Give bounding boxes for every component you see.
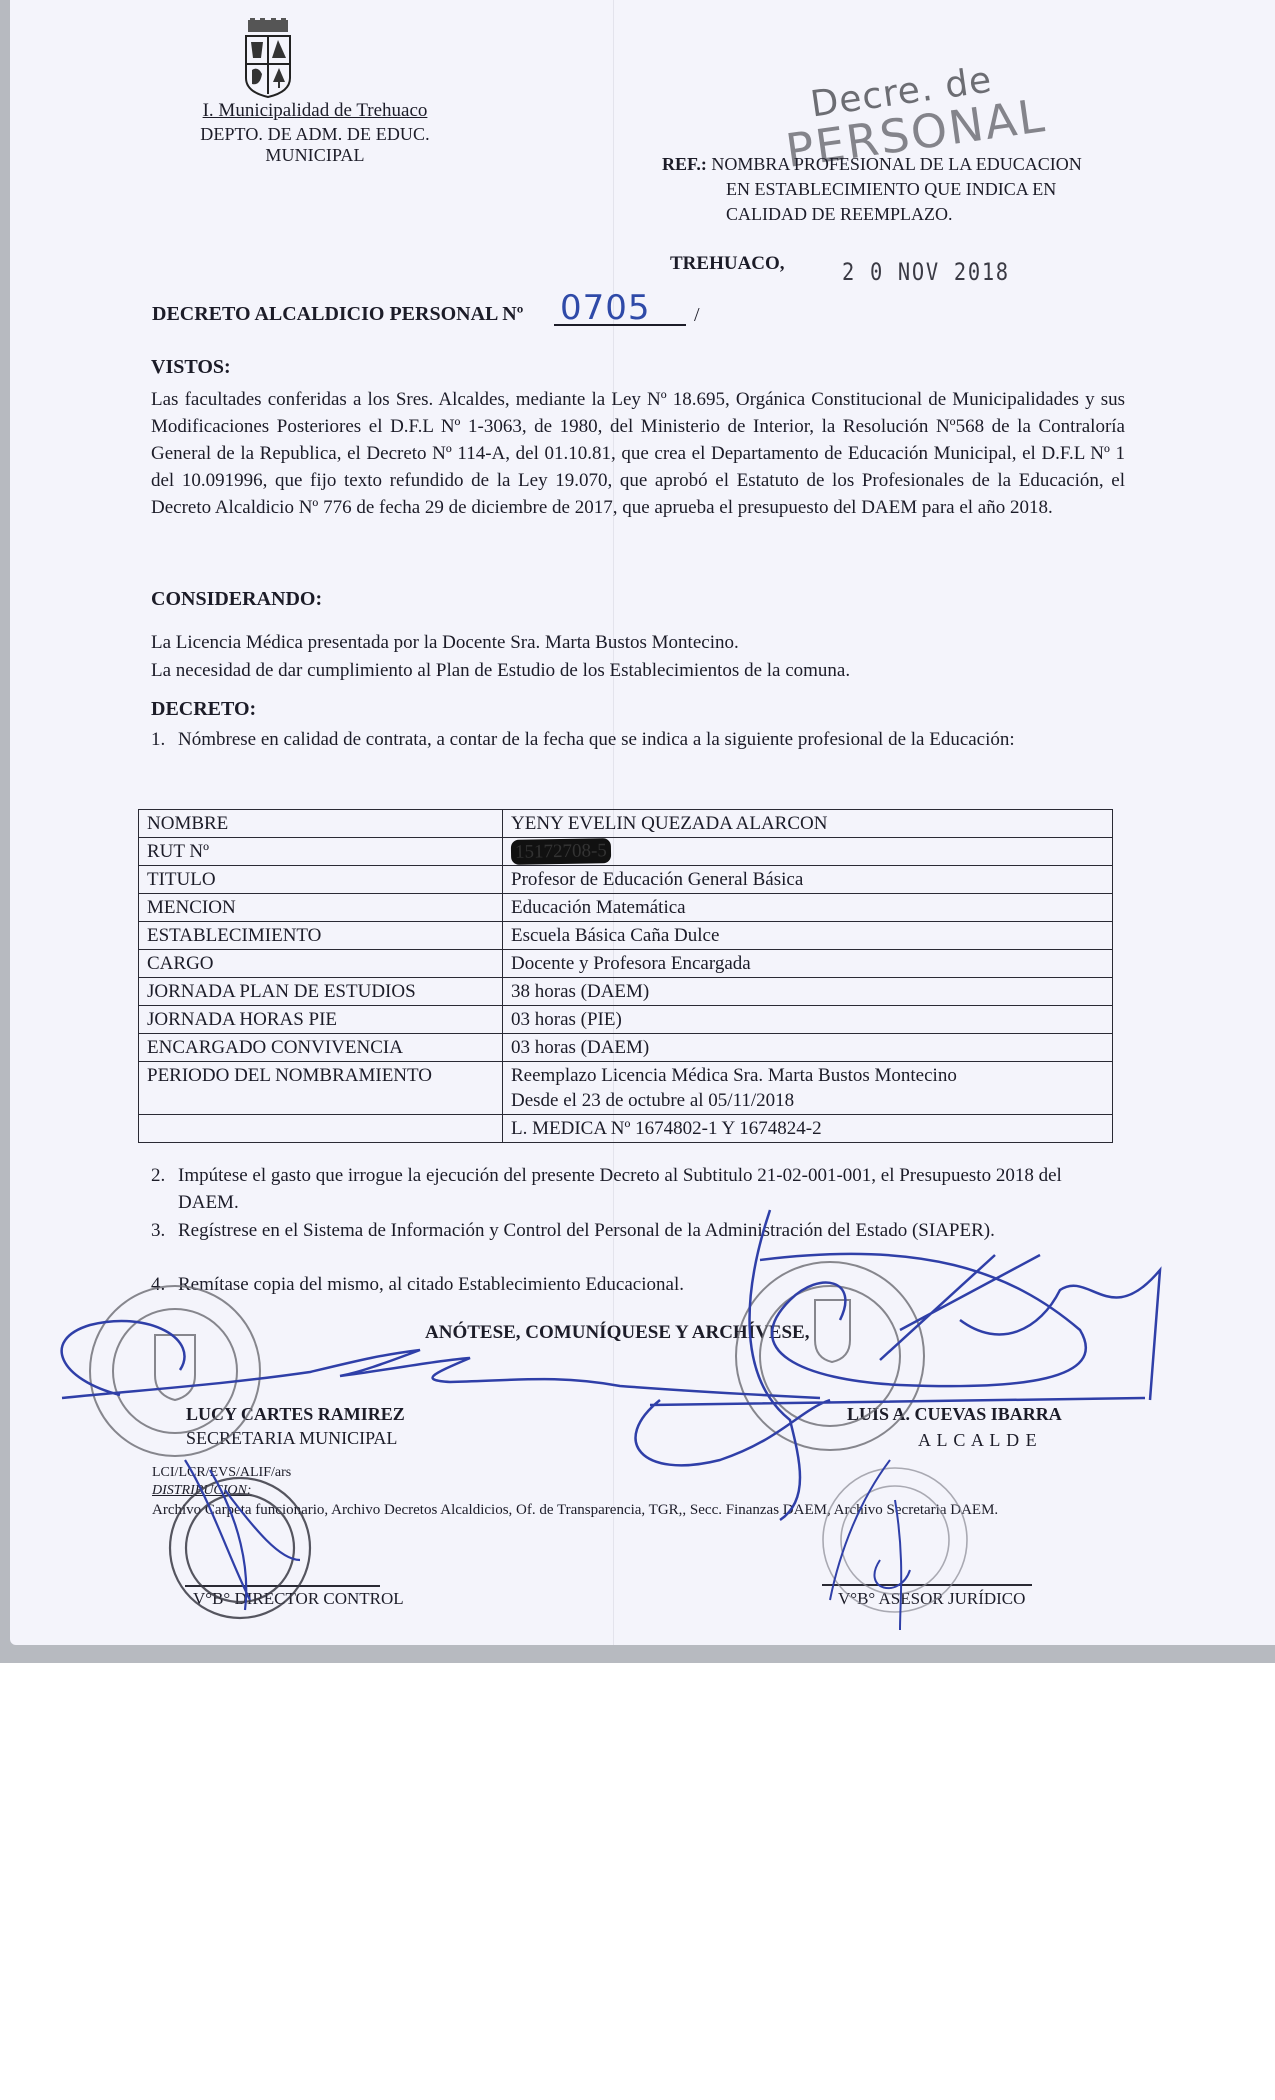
field-value: 38 horas (DAEM): [503, 978, 1113, 1006]
initials-reference: LCI/LCR/EVS/ALIF/ars: [152, 1465, 291, 1481]
decree-slash: /: [694, 304, 700, 327]
municipality-name: I. Municipalidad de Trehuaco: [150, 100, 480, 122]
decree-title: DECRETO ALCALDICIO PERSONAL Nº: [152, 303, 523, 326]
vb-director-control: V°B° DIRECTOR CONTROL: [193, 1589, 404, 1609]
vistos-heading: VISTOS:: [151, 356, 231, 379]
field-label: ENCARGADO CONVIVENCIA: [139, 1034, 503, 1062]
mayor-name: LUIS A. CUEVAS IBARRA: [847, 1404, 1062, 1425]
field-label: JORNADA HORAS PIE: [139, 1006, 503, 1034]
decree-item-text: Regístrese en el Sistema de Información …: [151, 1217, 1127, 1244]
secretary-role: SECRETARIA MUNICIPAL: [186, 1428, 397, 1449]
decree-number-underline: [554, 324, 686, 326]
field-value: Educación Matemática: [503, 894, 1113, 922]
field-value: 03 horas (DAEM): [503, 1034, 1113, 1062]
table-row: NOMBREYENY EVELIN QUEZADA ALARCON: [139, 810, 1113, 838]
closing-formula: ANÓTESE, COMUNÍQUESE Y ARCHÍVESE,: [425, 1322, 809, 1344]
decree-item-number: 3.: [151, 1217, 165, 1244]
ref-line: EN ESTABLECIMIENTO QUE INDICA EN: [662, 177, 1132, 202]
table-row: JORNADA HORAS PIE03 horas (PIE): [139, 1006, 1113, 1034]
field-label: [139, 1115, 503, 1143]
decree-item-text: Impútese el gasto que irrogue la ejecuci…: [151, 1162, 1127, 1216]
appointment-table: NOMBREYENY EVELIN QUEZADA ALARCON RUT Nº…: [138, 809, 1113, 1143]
redacted-rut: 15172708-5: [511, 838, 611, 865]
considerando-heading: CONSIDERANDO:: [151, 588, 322, 611]
decree-item: 3. Regístrese en el Sistema de Informaci…: [151, 1217, 1127, 1244]
table-row: JORNADA PLAN DE ESTUDIOS38 horas (DAEM): [139, 978, 1113, 1006]
table-row: RUT Nº15172708-5: [139, 838, 1113, 866]
distribution-list: Archivo Carpeta funcionario, Archivo Dec…: [152, 1502, 998, 1519]
field-value: Reemplazo Licencia Médica Sra. Marta Bus…: [503, 1062, 1113, 1115]
table-row: ENCARGADO CONVIVENCIA03 horas (DAEM): [139, 1034, 1113, 1062]
table-row: TITULOProfesor de Educación General Bási…: [139, 866, 1113, 894]
vistos-text: Las facultades conferidas a los Sres. Al…: [151, 386, 1125, 521]
field-label: JORNADA PLAN DE ESTUDIOS: [139, 978, 503, 1006]
legal-signature-line: [822, 1584, 1032, 1586]
field-value: Profesor de Educación General Básica: [503, 866, 1113, 894]
field-label: ESTABLECIMIENTO: [139, 922, 503, 950]
decree-item: 1. Nómbrese en calidad de contrata, a co…: [151, 726, 1127, 753]
period-line: Reemplazo Licencia Médica Sra. Marta Bus…: [511, 1063, 1104, 1088]
table-row: MENCIONEducación Matemática: [139, 894, 1113, 922]
field-label: MENCION: [139, 894, 503, 922]
table-row: L. MEDICA Nº 1674802-1 Y 1674824-2: [139, 1115, 1113, 1143]
ref-line: NOMBRA PROFESIONAL DE LA EDUCACION: [711, 154, 1081, 174]
department-name: DEPTO. DE ADM. DE EDUC. MUNICIPAL: [150, 124, 480, 166]
control-signature-line: [185, 1585, 380, 1587]
reference-block: REF.: NOMBRA PROFESIONAL DE LA EDUCACION…: [662, 152, 1132, 227]
field-label: PERIODO DEL NOMBRAMIENTO: [139, 1062, 503, 1115]
municipal-crest-icon: [242, 18, 294, 98]
decree-number-handwritten: 0705: [560, 288, 651, 328]
secretary-name: LUCY CARTES RAMIREZ: [186, 1404, 405, 1425]
field-value: L. MEDICA Nº 1674802-1 Y 1674824-2: [503, 1115, 1113, 1143]
decree-item: 4. Remítase copia del mismo, al citado E…: [151, 1271, 1127, 1298]
ref-line: CALIDAD DE REEMPLAZO.: [662, 202, 1132, 227]
field-value: 15172708-5: [503, 838, 1113, 866]
ref-label: REF.:: [662, 154, 707, 174]
decree-item: 2. Impútese el gasto que irrogue la ejec…: [151, 1162, 1127, 1216]
decreto-heading: DECRETO:: [151, 698, 256, 721]
decree-item-text: Remítase copia del mismo, al citado Esta…: [151, 1271, 1127, 1298]
decree-item-text: Nómbrese en calidad de contrata, a conta…: [151, 726, 1127, 753]
mayor-role: A L C A L D E: [918, 1430, 1038, 1451]
field-value: Escuela Básica Caña Dulce: [503, 922, 1113, 950]
field-value: Docente y Profesora Encargada: [503, 950, 1113, 978]
field-value: YENY EVELIN QUEZADA ALARCON: [503, 810, 1113, 838]
distribution-heading: DISTRIBUCION:: [152, 1483, 252, 1499]
field-value: 03 horas (PIE): [503, 1006, 1113, 1034]
considerando-line: La necesidad de dar cumplimiento al Plan…: [151, 660, 850, 682]
period-line: Desde el 23 de octubre al 05/11/2018: [511, 1088, 1104, 1113]
field-label: CARGO: [139, 950, 503, 978]
decree-item-number: 1.: [151, 726, 165, 753]
table-row: CARGODocente y Profesora Encargada: [139, 950, 1113, 978]
vb-asesor-juridico: V°B° ASESOR JURÍDICO: [838, 1589, 1025, 1609]
table-row: PERIODO DEL NOMBRAMIENTOReemplazo Licenc…: [139, 1062, 1113, 1115]
field-label: TITULO: [139, 866, 503, 894]
decree-item-number: 2.: [151, 1162, 165, 1189]
table-row: ESTABLECIMIENTOEscuela Básica Caña Dulce: [139, 922, 1113, 950]
field-label: NOMBRE: [139, 810, 503, 838]
date-stamp: 2 0 NOV 2018: [842, 258, 1010, 286]
decree-item-number: 4.: [151, 1271, 165, 1298]
field-label: RUT Nº: [139, 838, 503, 866]
place-label: TREHUACO,: [670, 253, 785, 275]
considerando-line: La Licencia Médica presentada por la Doc…: [151, 632, 739, 654]
